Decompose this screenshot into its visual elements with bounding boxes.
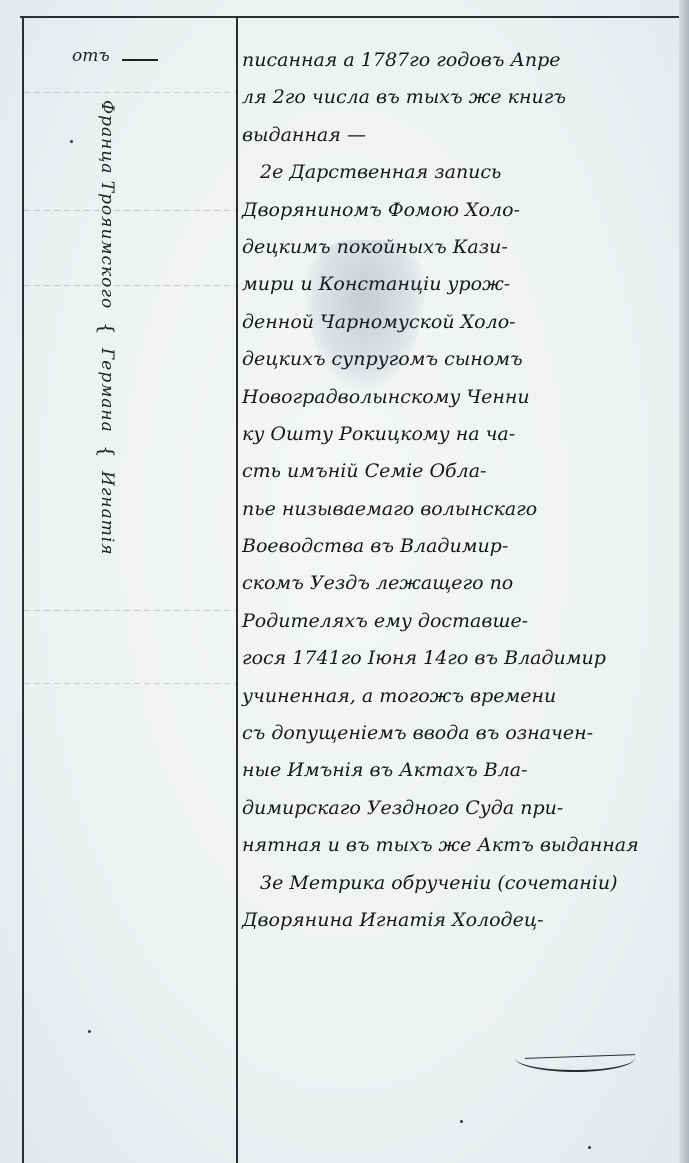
text-line: Родителяхъ ему доставше-: [242, 603, 682, 640]
text-line: учиненная, а тогожъ времени: [242, 678, 682, 715]
text-line: нятная и въ тыхъ же Актъ выданная: [242, 827, 682, 864]
text-line: децкихъ супругомъ сыномъ: [242, 341, 682, 378]
ink-speck: [588, 1146, 591, 1149]
frame-top-rule: [20, 16, 685, 18]
faint-rule: [24, 683, 236, 684]
ink-speck: [88, 1030, 91, 1033]
text-line: 2е Дарственная запись: [242, 154, 682, 191]
column-divider-rule: [236, 16, 238, 1163]
text-line: писанная а 1787го годовъ Апре: [242, 42, 682, 79]
text-line: скомъ Уездъ лежащего по: [242, 565, 682, 602]
name-german: Германа: [97, 348, 117, 433]
frame-left-rule: [22, 16, 24, 1163]
ink-speck: [70, 140, 73, 143]
faint-rule: [24, 210, 236, 211]
text-line: ля 2го числа въ тыхъ же книгъ: [242, 79, 682, 116]
text-line: выданная —: [242, 117, 682, 154]
body-text: писанная а 1787го годовъ Апреля 2го числ…: [242, 42, 682, 939]
text-line: Воеводства въ Владимир-: [242, 528, 682, 565]
faint-rule: [24, 610, 236, 611]
text-line: съ допущеніемъ ввода въ означен-: [242, 715, 682, 752]
text-line: денной Чарномуской Холо-: [242, 304, 682, 341]
name-franz: Франца Трояимского: [97, 100, 117, 309]
faint-rule: [24, 92, 236, 93]
text-line: сть имъній Семіе Обла-: [242, 453, 682, 490]
text-line: 3е Метрика обрученіи (сочетаніи): [242, 865, 682, 902]
text-line: ные Имънія въ Актахъ Вла-: [242, 752, 682, 789]
text-line: Дворяниномъ Фомою Холо-: [242, 192, 682, 229]
text-line: Новоградволынскому Ченни: [242, 379, 682, 416]
vertical-names: Франца Трояимского { Германа { Игнатія: [95, 100, 119, 556]
text-line: мири и Констанціи урож-: [242, 266, 682, 303]
text-line: пье низываемаго волынскаго: [242, 491, 682, 528]
text-line: димирскаго Уездного Суда при-: [242, 790, 682, 827]
ink-speck: [460, 1120, 463, 1123]
brace-icon: {: [95, 322, 119, 336]
document-page: отъ Франца Трояимского { Германа { Игнат…: [0, 0, 689, 1163]
text-line: ку Ошту Рокицкому на ча-: [242, 416, 682, 453]
text-line: гося 1741го Іюня 14го въ Владимир: [242, 640, 682, 677]
brace-icon: {: [95, 445, 119, 459]
text-line: децкимъ покойныхъ Кази-: [242, 229, 682, 266]
text-line: Дворянина Игнатія Холодец-: [242, 902, 682, 939]
faint-rule: [24, 285, 236, 286]
name-ignatiy: Игнатія: [97, 471, 117, 556]
margin-note: отъ: [72, 46, 110, 66]
